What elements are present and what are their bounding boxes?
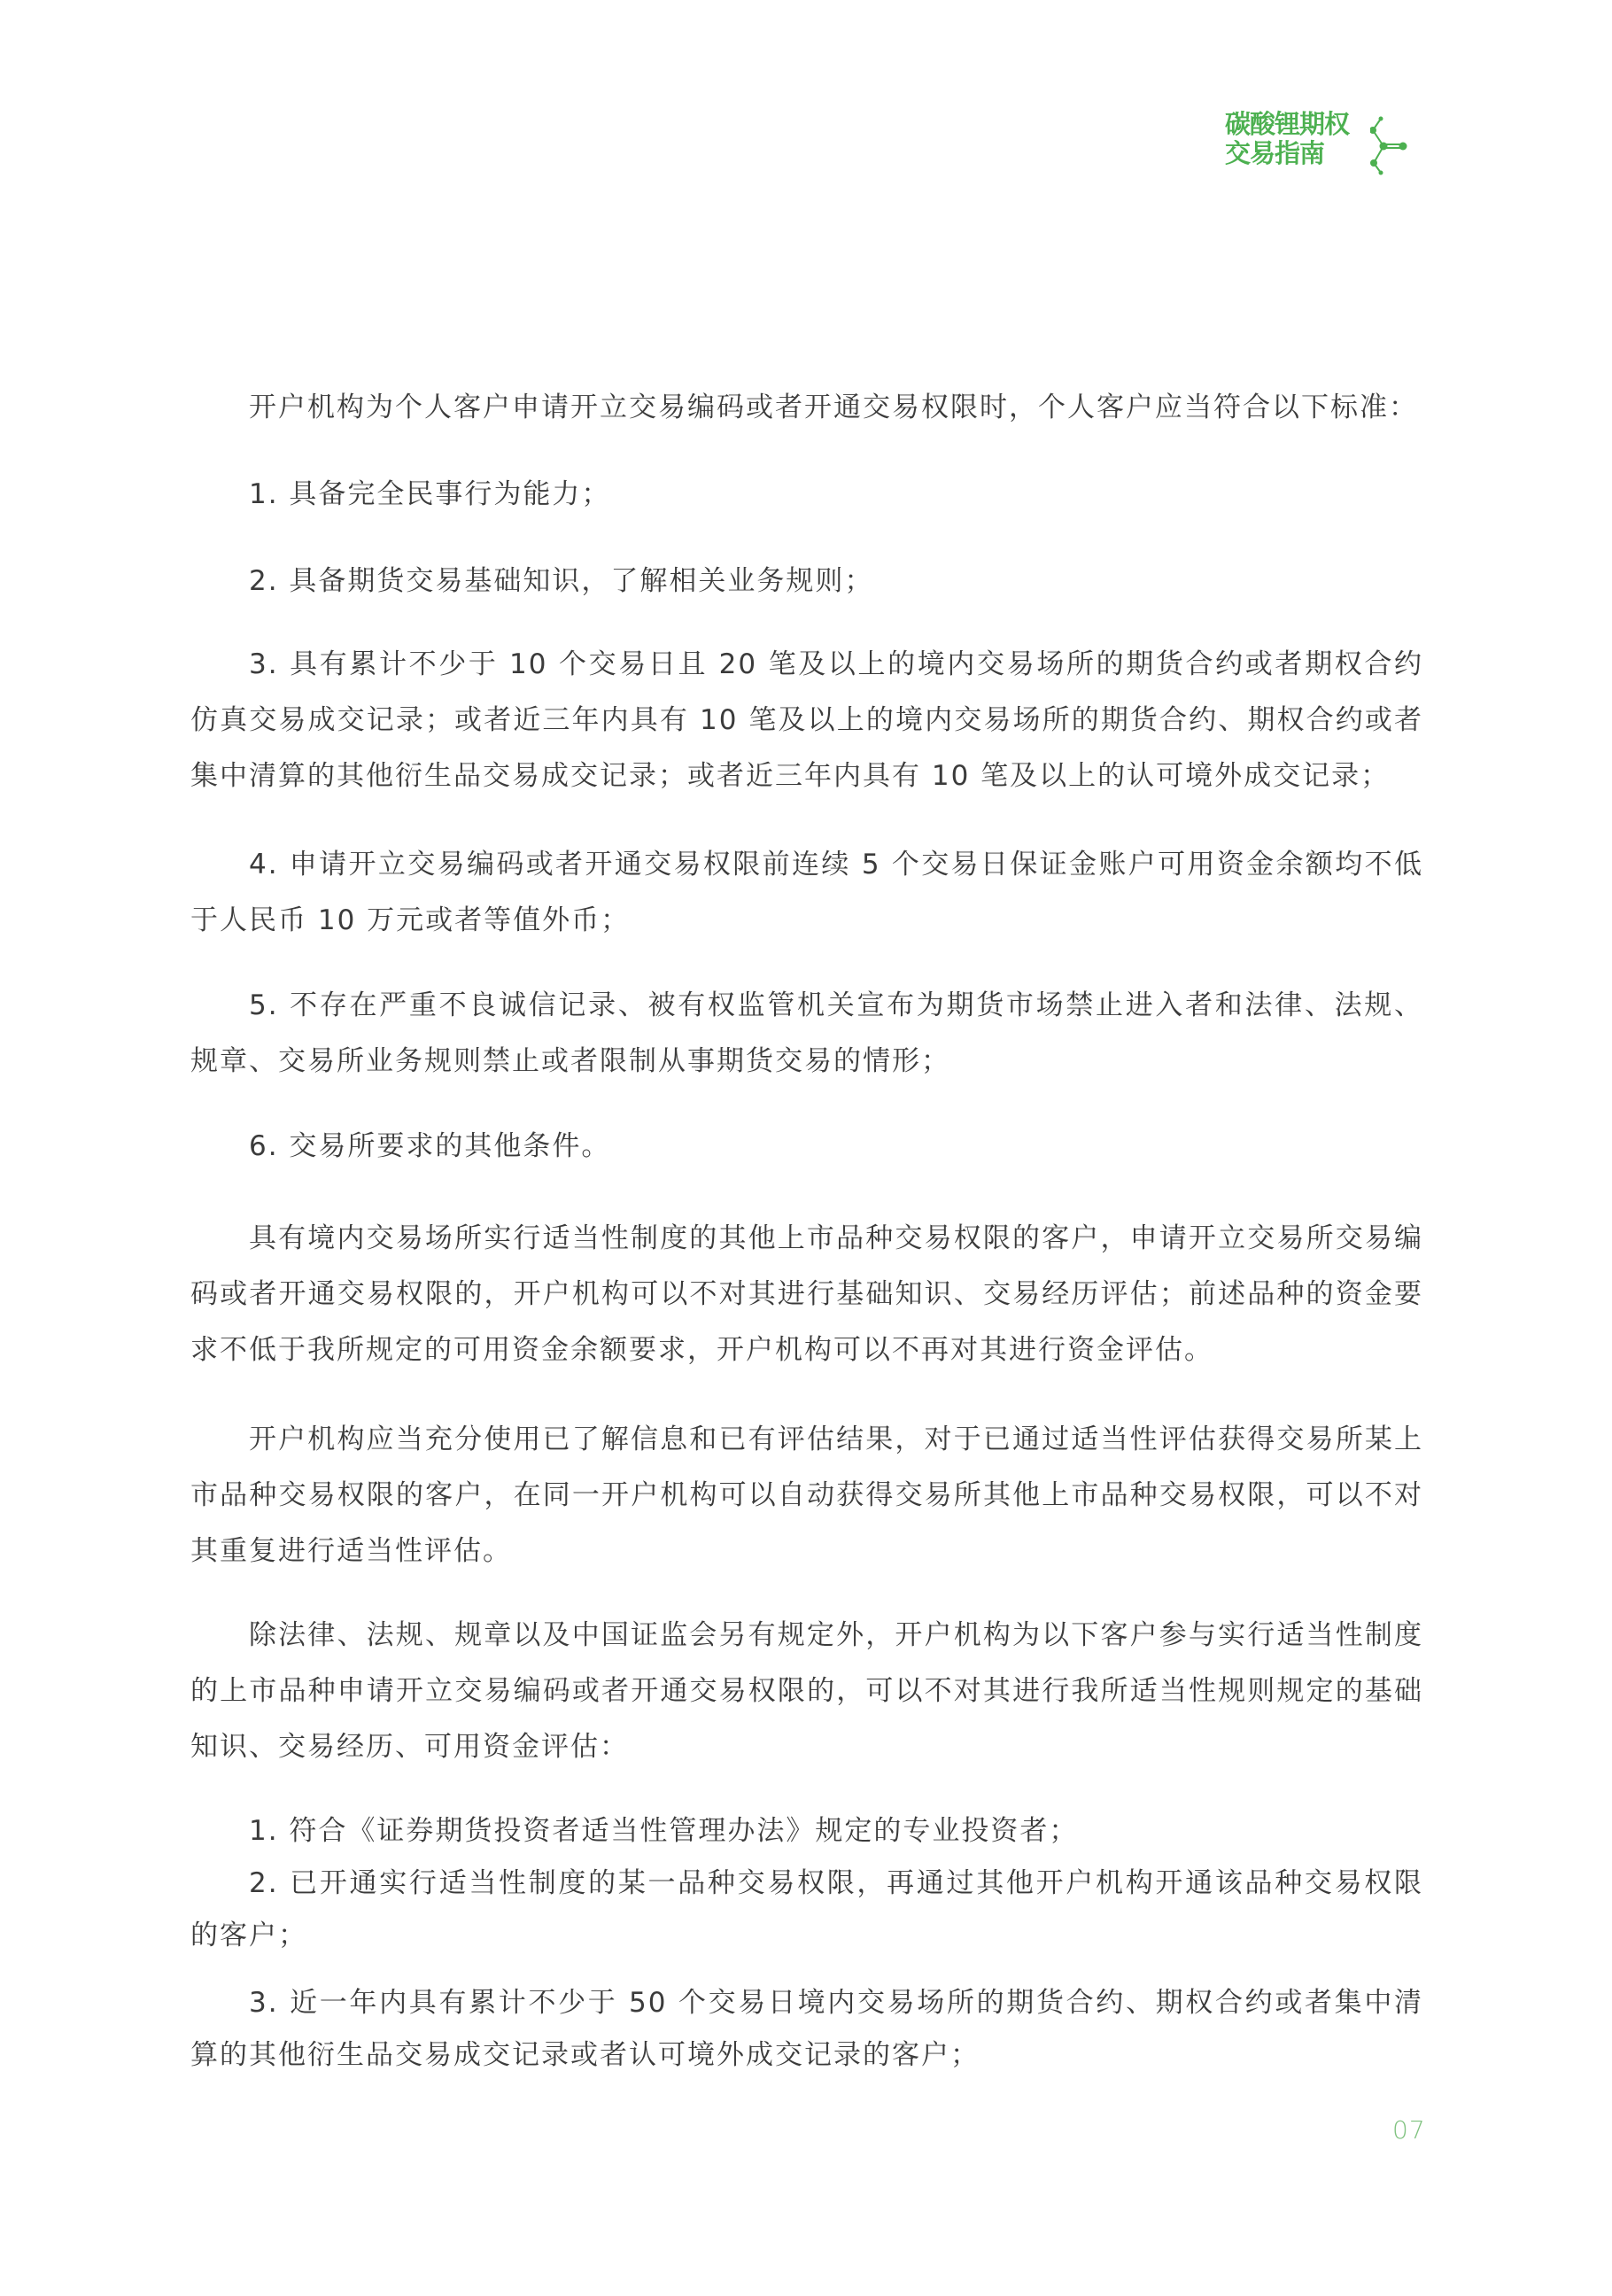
- guide-title: 碳酸锂期权 交易指南: [1225, 110, 1349, 168]
- page-number: 07: [1392, 2115, 1426, 2145]
- criteria-item-1: 1. 具备完全民事行为能力；: [190, 467, 1423, 523]
- guide-title-line2: 交易指南: [1225, 139, 1349, 168]
- exemptions-paragraph: 除法律、法规、规章以及中国证监会另有规定外，开户机构为以下客户参与实行适当性制度…: [190, 1608, 1423, 1775]
- exemption-item-1: 1. 符合《证券期货投资者适当性管理办法》规定的专业投资者；: [190, 1805, 1423, 1858]
- exemption-item-2: 2. 已开通实行适当性制度的某一品种交易权限，再通过其他开户机构开通该品种交易权…: [190, 1858, 1423, 1962]
- molecule-icon: [1370, 112, 1423, 181]
- criteria-item-5: 5. 不存在严重不良诚信记录、被有权监管机关宣布为期货市场禁止进入者和法律、法规…: [190, 978, 1423, 1090]
- exemption-item-3: 3. 近一年内具有累计不少于 50 个交易日境内交易场所的期货合约、期权合约或者…: [190, 1977, 1423, 2082]
- other-varieties-paragraph: 具有境内交易场所实行适当性制度的其他上市品种交易权限的客户，申请开立交易所交易编…: [190, 1211, 1423, 1378]
- criteria-item-3: 3. 具有累计不少于 10 个交易日且 20 笔及以上的境内交易场所的期货合约或…: [190, 637, 1423, 804]
- criteria-item-2: 2. 具备期货交易基础知识，了解相关业务规则；: [190, 554, 1423, 609]
- reuse-assessment-paragraph: 开户机构应当充分使用已了解信息和已有评估结果，对于已通过适当性评估获得交易所某上…: [190, 1412, 1423, 1579]
- header-logo: 碳酸锂期权 交易指南: [1225, 110, 1438, 181]
- intro-paragraph: 开户机构为个人客户申请开立交易编码或者开通交易权限时，个人客户应当符合以下标准：: [190, 380, 1423, 436]
- guide-title-line1: 碳酸锂期权: [1225, 110, 1349, 139]
- criteria-item-4: 4. 申请开立交易编码或者开通交易权限前连续 5 个交易日保证金账户可用资金余额…: [190, 837, 1423, 949]
- criteria-item-6: 6. 交易所要求的其他条件。: [190, 1119, 1423, 1175]
